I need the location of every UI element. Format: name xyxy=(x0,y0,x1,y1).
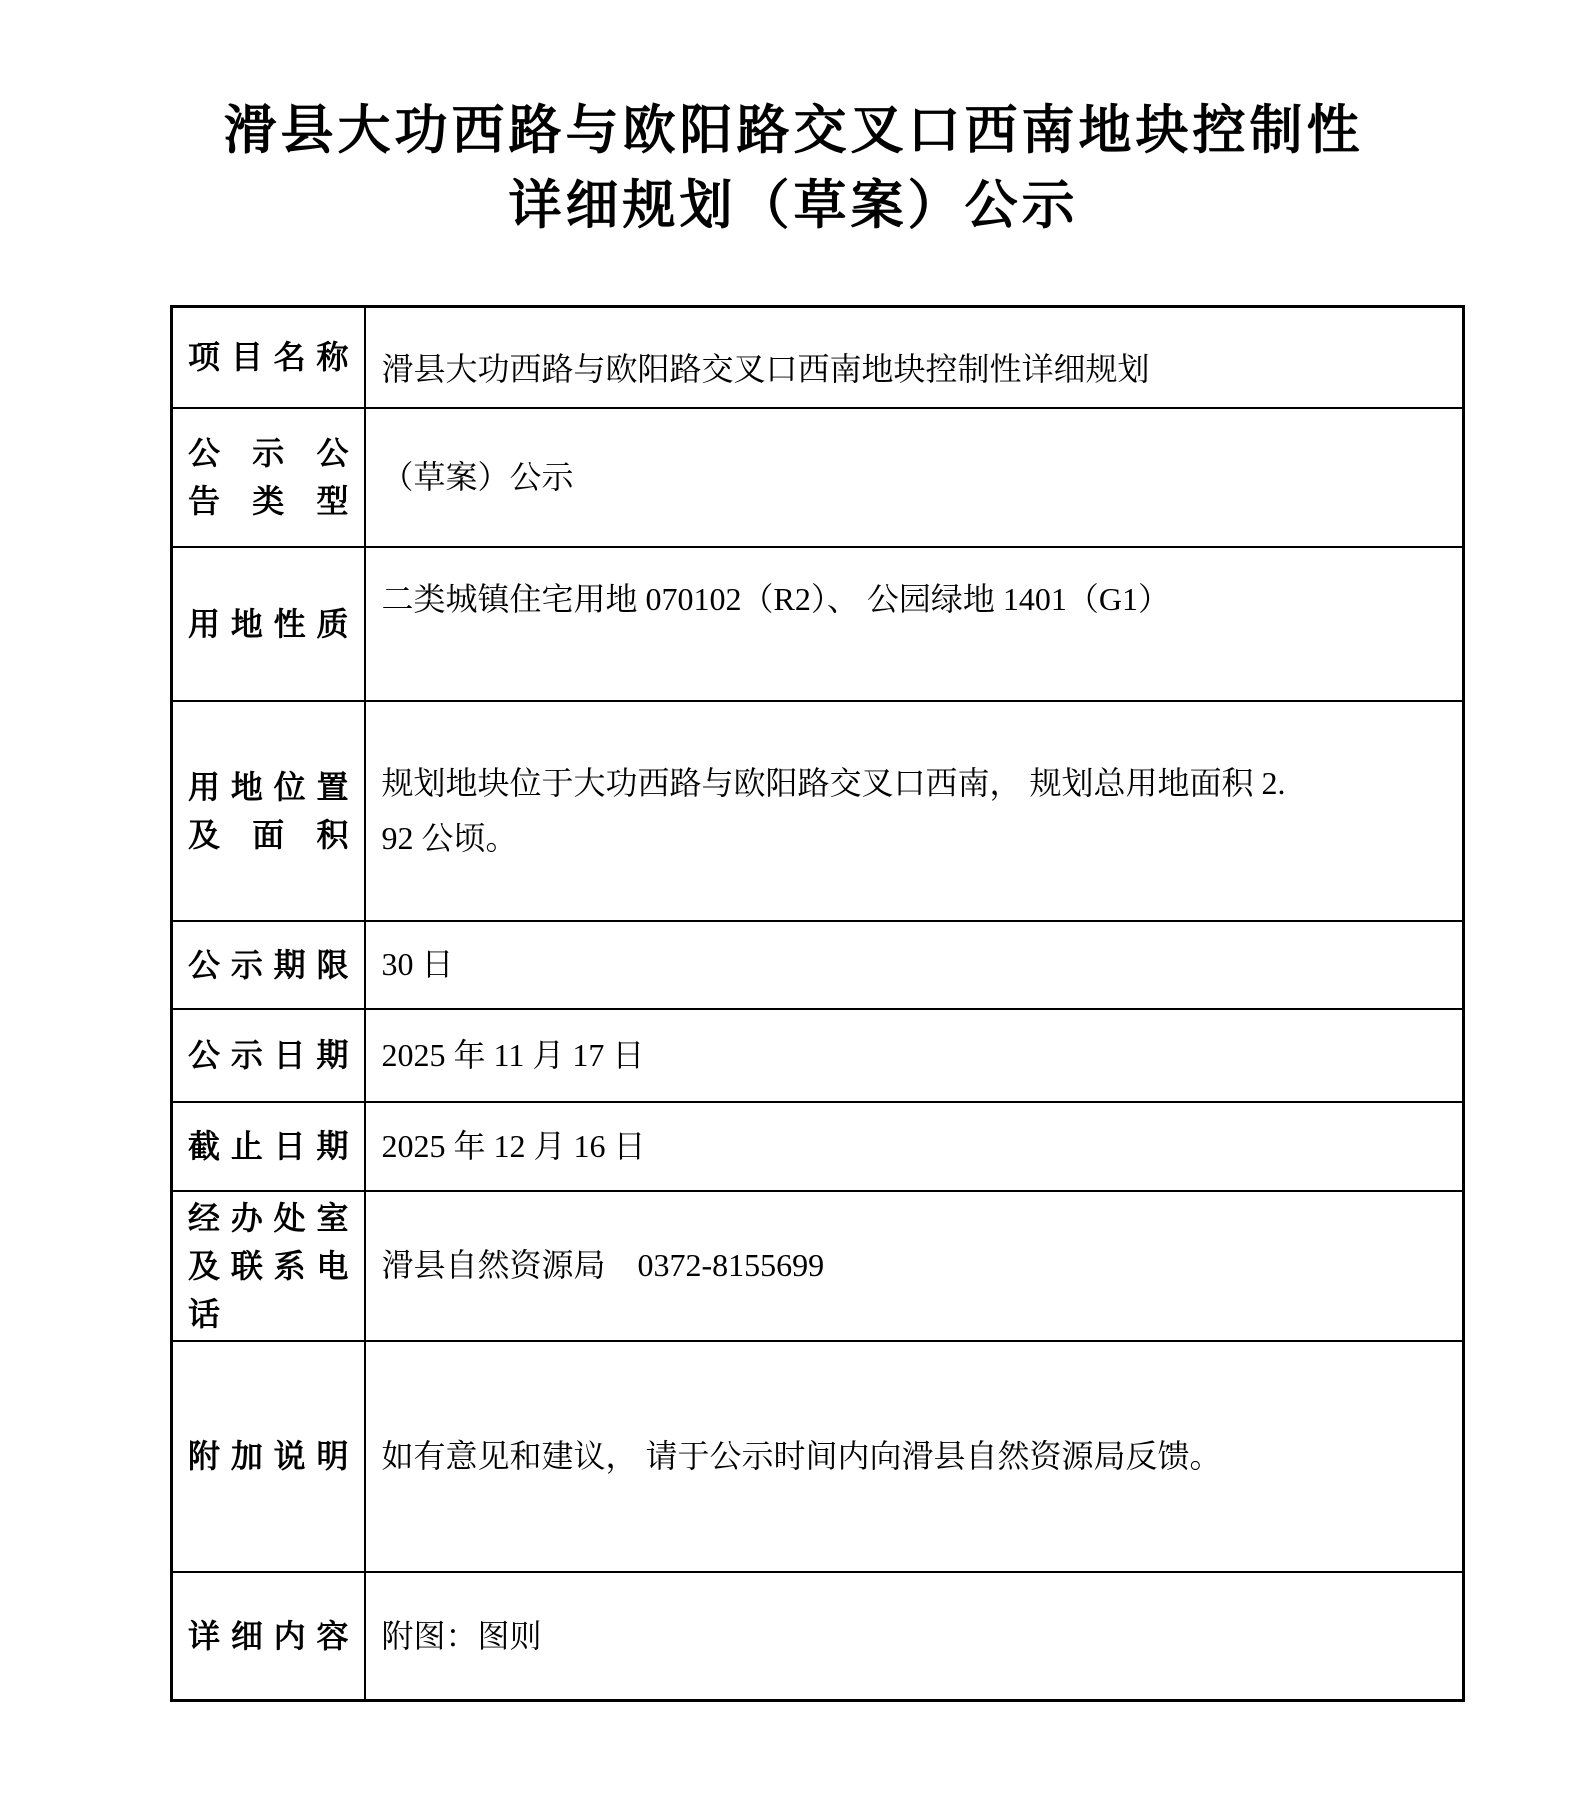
row-label: 附加说明 xyxy=(172,1341,365,1572)
row-land-use-nature: 用地性质 二类城镇住宅用地 070102（R2）、 公园绿地 1401（G1） xyxy=(172,547,1464,701)
row-end-date: 截止日期 2025 年 12 月 16 日 xyxy=(172,1102,1464,1191)
row-label: 公示公 告类型 xyxy=(172,408,365,547)
row-value: 30 日 xyxy=(365,921,1464,1009)
notice-table: 项目名称 滑县大功西路与欧阳路交叉口西南地块控制性详细规划 公示公 告类型 （草… xyxy=(170,305,1465,1702)
row-label: 用地位置 及面积 xyxy=(172,701,365,921)
row-value: 二类城镇住宅用地 070102（R2）、 公园绿地 1401（G1） xyxy=(365,547,1464,701)
row-value: 2025 年 12 月 16 日 xyxy=(365,1102,1464,1191)
row-label: 公示日期 xyxy=(172,1009,365,1102)
row-office-and-phone: 经办处室 及联系电 话 滑县自然资源局 0372-8155699 xyxy=(172,1191,1464,1341)
row-notice-period: 公示期限 30 日 xyxy=(172,921,1464,1009)
row-label: 公示期限 xyxy=(172,921,365,1009)
row-value: 2025 年 11 月 17 日 xyxy=(365,1009,1464,1102)
row-notice-type: 公示公 告类型 （草案）公示 xyxy=(172,408,1464,547)
row-project-name: 项目名称 滑县大功西路与欧阳路交叉口西南地块控制性详细规划 xyxy=(172,307,1464,408)
row-value: 附图：图则 xyxy=(365,1572,1464,1701)
row-label: 经办处室 及联系电 话 xyxy=(172,1191,365,1341)
row-value: 如有意见和建议， 请于公示时间内向滑县自然资源局反馈。 xyxy=(365,1341,1464,1572)
row-label: 用地性质 xyxy=(172,547,365,701)
row-value: （草案）公示 xyxy=(365,408,1464,547)
row-additional-notes: 附加说明 如有意见和建议， 请于公示时间内向滑县自然资源局反馈。 xyxy=(172,1341,1464,1572)
row-notice-date: 公示日期 2025 年 11 月 17 日 xyxy=(172,1009,1464,1102)
row-label: 详细内容 xyxy=(172,1572,365,1701)
row-value: 滑县大功西路与欧阳路交叉口西南地块控制性详细规划 xyxy=(365,307,1464,408)
row-value: 滑县自然资源局 0372-8155699 xyxy=(365,1191,1464,1341)
row-detailed-content: 详细内容 附图：图则 xyxy=(172,1572,1464,1701)
row-label: 截止日期 xyxy=(172,1102,365,1191)
row-label: 项目名称 xyxy=(172,307,365,408)
page-title: 滑县大功西路与欧阳路交叉口西南地块控制性 详细规划（草案）公示 xyxy=(0,94,1587,245)
row-location-and-area: 用地位置 及面积 规划地块位于大功西路与欧阳路交叉口西南， 规划总用地面积 2.… xyxy=(172,701,1464,921)
row-value: 规划地块位于大功西路与欧阳路交叉口西南， 规划总用地面积 2. 92 公顷。 xyxy=(365,701,1464,921)
